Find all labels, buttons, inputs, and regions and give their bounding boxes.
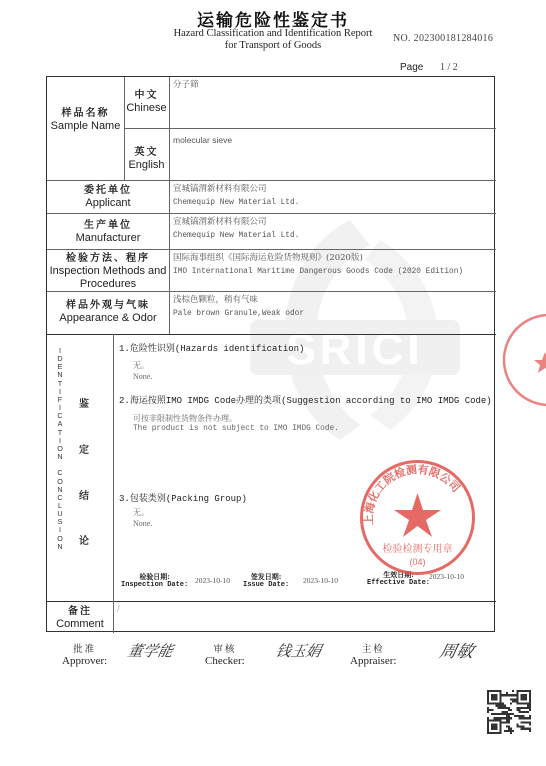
stamp-code: (04) [409, 557, 425, 567]
qr-code[interactable] [487, 690, 531, 734]
inspection-methods-value: 国际海事组织《国际海运危险货物规则》(2020版) IMO Internatio… [173, 253, 463, 278]
comment-label: 备注 Comment [47, 605, 113, 631]
conclusion-cn-char-3: 结 [77, 487, 91, 502]
appearance-label: 样品外观与气味 Appearance & Odor [47, 299, 169, 325]
applicant-value: 宣城镐渭新材料有限公司 Chemequip New Material Ltd. [173, 184, 299, 209]
conclusion-cn-char-1: 鉴 [77, 395, 91, 410]
approver-signature: 董学能 [126, 640, 175, 661]
section-imdg-suggestion-heading: 2.海运按照IMO IMDG Code办理的类项(Suggestion acco… [119, 393, 492, 406]
sample-name-chinese-value: 分子筛 [173, 80, 199, 91]
conclusion-cn-char-2: 定 [77, 441, 91, 456]
checker-signature: 钱玉娟 [274, 640, 323, 661]
appraiser-signature: 周敏 [437, 637, 476, 662]
section-packing-group-heading: 3.包装类别(Packing Group) [119, 491, 247, 504]
conclusion-cn-char-4: 论 [77, 532, 91, 547]
section-packing-group-body: 无。 None. [133, 507, 152, 529]
page-label: Page [400, 62, 423, 73]
issue-date-value: 2023-10-10 [303, 576, 338, 585]
manufacturer-label: 生产单位 Manufacturer [47, 219, 169, 245]
sample-name-english-value: molecular sieve [173, 135, 232, 147]
official-stamp: 上海化工院检测有限公司 检验检测专用章 (04) [355, 455, 480, 580]
comment-value: / [117, 604, 120, 615]
document-number: NO. 202300181284016 [393, 33, 493, 44]
appraiser-label: 主检 Appraiser: [350, 641, 396, 667]
applicant-label: 委托单位 Applicant [47, 184, 169, 210]
sample-name-label: 样品名称 Sample Name [47, 107, 124, 133]
approver-label: 批准 Approver: [62, 641, 107, 667]
vertical-letter: N [55, 543, 65, 551]
page-number: 1 / 2 [440, 62, 458, 73]
english-label: 英文 English [124, 146, 169, 172]
manufacturer-value: 宣城镐渭新材料有限公司 Chemequip New Material Ltd. [173, 217, 299, 242]
appearance-value: 浅棕色颗粒，稍有气味 Pale brown Granule,Weak odor [173, 295, 304, 320]
partial-stamp-edge [497, 310, 546, 410]
checker-label: 审核 Checker: [205, 641, 245, 667]
inspection-date-label: 检验日期: Inspection Date: [121, 572, 188, 590]
section-hazards-identification-heading: 1.危险性识别(Hazards identification) [119, 341, 304, 354]
inspection-methods-label: 检验方法、程序 Inspection Methods and Procedure… [47, 252, 169, 291]
identification-conclusion-vertical: IDENTIFICATION CONCLUSION [55, 347, 65, 551]
chinese-label: 中文 Chinese [124, 89, 169, 115]
section-hazards-identification-body: 无。 None. [133, 360, 152, 382]
section-imdg-suggestion-body: 可按非限制性货物条件办理。 The product is not subject… [133, 413, 339, 435]
inspection-date-value: 2023-10-10 [195, 576, 230, 585]
issue-date-label: 签发日期: Issue Date: [243, 572, 289, 590]
stamp-text-bottom: 检验检测专用章 [383, 542, 453, 555]
